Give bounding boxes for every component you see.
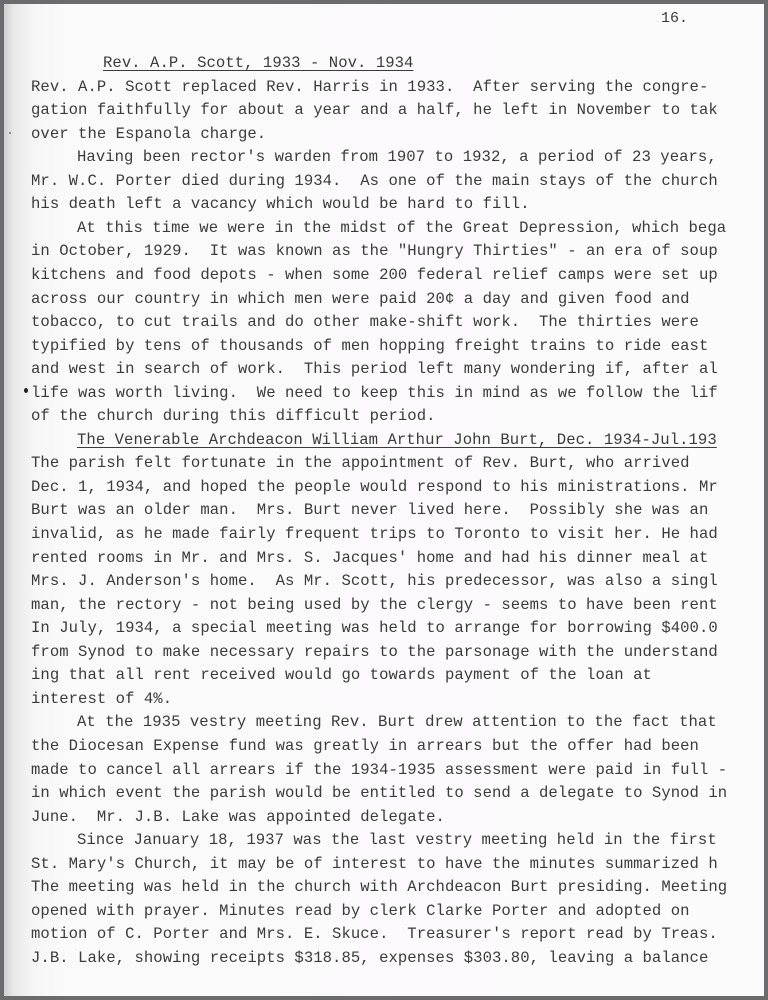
section-heading: The Venerable Archdeacon William Arthur …	[77, 429, 717, 451]
text-line: opened with prayer. Minutes read by cler…	[31, 900, 690, 922]
text-line: his death left a vacancy which would be …	[31, 193, 530, 215]
text-line: Mr. W.C. Porter died during 1934. As one…	[31, 170, 718, 192]
text-line: Mrs. J. Anderson's home. As Mr. Scott, h…	[31, 570, 718, 592]
text-line: Having been rector's warden from 1907 to…	[77, 146, 717, 168]
text-line: tobacco, to cut trails and do other make…	[31, 311, 699, 333]
ink-mark	[24, 388, 28, 393]
text-line: life was worth living. We need to keep t…	[31, 382, 718, 404]
text-line: ing that all rent received would go towa…	[31, 664, 652, 686]
text-line: kitchens and food depots - when some 200…	[31, 264, 718, 286]
text-line: in October, 1929. It was known as the "H…	[31, 240, 718, 262]
text-line: Rev. A.P. Scott replaced Rev. Harris in …	[31, 76, 708, 98]
page-number: 16.	[661, 10, 688, 27]
text-line: and west in search of work. This period …	[31, 358, 718, 380]
text-line: man, the rectory - not being used by the…	[31, 594, 718, 616]
text-line: over the Espanola charge.	[31, 123, 266, 145]
text-line: made to cancel all arrears if the 1934-1…	[31, 759, 727, 781]
text-line: Since January 18, 1937 was the last vest…	[77, 829, 717, 851]
text-line: St. Mary's Church, it may be of interest…	[31, 853, 718, 875]
text-line: J.B. Lake, showing receipts $318.85, exp…	[31, 947, 708, 969]
text-line: The parish felt fortunate in the appoint…	[31, 452, 690, 474]
document-page: 16. Rev. A.P. Scott, 1933 - Nov. 1934Rev…	[4, 4, 764, 996]
text-line: the Diocesan Expense fund was greatly in…	[31, 735, 699, 757]
text-line: June. Mr. J.B. Lake was appointed delega…	[31, 806, 445, 828]
text-line: The meeting was held in the church with …	[31, 876, 727, 898]
text-line: At this time we were in the midst of the…	[77, 217, 726, 239]
section-heading: Rev. A.P. Scott, 1933 - Nov. 1934	[103, 52, 413, 74]
text-line: Burt was an older man. Mrs. Burt never l…	[31, 499, 708, 521]
text-line: from Synod to make necessary repairs to …	[31, 641, 718, 663]
text-line: In July, 1934, a special meeting was hel…	[31, 617, 718, 639]
text-line: of the church during this difficult peri…	[31, 405, 436, 427]
text-line: At the 1935 vestry meeting Rev. Burt dre…	[77, 711, 717, 733]
text-line: invalid, as he made fairly frequent trip…	[31, 523, 718, 545]
text-line: in which event the parish would be entit…	[31, 782, 727, 804]
text-line: gation faithfully for about a year and a…	[31, 99, 718, 121]
text-line: motion of C. Porter and Mrs. E. Skuce. T…	[31, 923, 718, 945]
text-line: typified by tens of thousands of men hop…	[31, 335, 708, 357]
text-line: rented rooms in Mr. and Mrs. S. Jacques'…	[31, 547, 708, 569]
ink-speck	[9, 132, 11, 134]
text-line: Dec. 1, 1934, and hoped the people would…	[31, 476, 718, 498]
text-line: interest of 4%.	[31, 688, 172, 710]
text-line: across our country in which men were pai…	[31, 288, 690, 310]
